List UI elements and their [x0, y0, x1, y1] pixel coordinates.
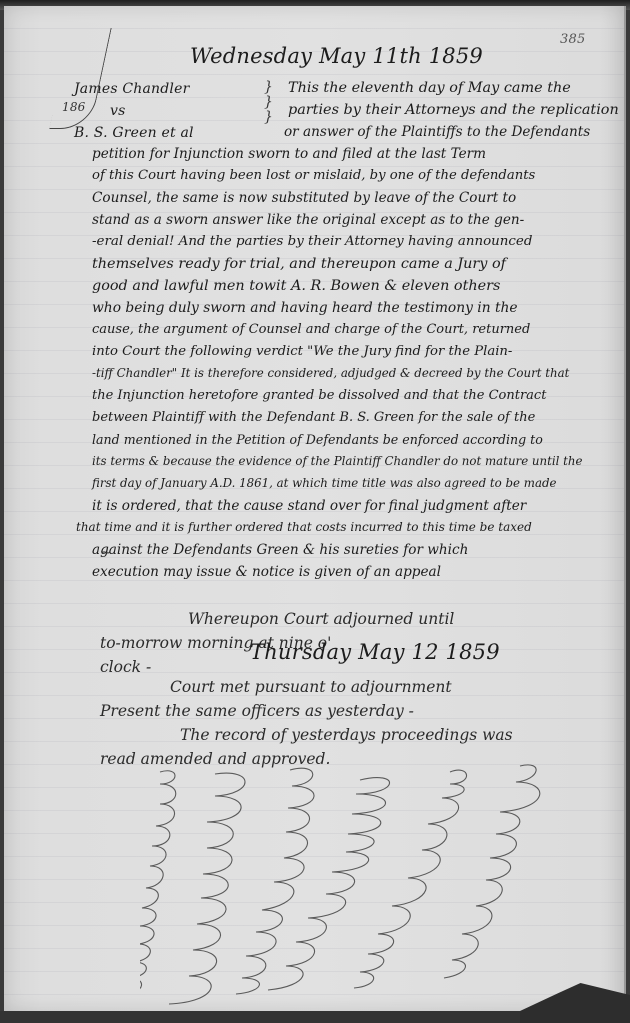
- text-line: its terms & because the evidence of the …: [92, 454, 582, 468]
- text-line: against the Defendants Green & his suret…: [92, 542, 468, 558]
- text-line: or answer of the Plaintiffs to the Defen…: [284, 124, 590, 140]
- text-line: first day of January A.D. 1861, at which…: [92, 476, 557, 490]
- text-line: Counsel, the same is now substituted by …: [92, 190, 516, 206]
- defendant-name: B. S. Green et al: [74, 122, 194, 144]
- versus-label: vs: [74, 100, 194, 122]
- text-line: Present the same officers as yesterday -: [100, 702, 414, 720]
- text-line: of this Court having been lost or mislai…: [92, 168, 535, 183]
- text-line: land mentioned in the Petition of Defend…: [92, 432, 543, 447]
- page-number: 385: [560, 32, 585, 47]
- text-line: it is ordered, that the cause stand over…: [92, 498, 526, 514]
- date-heading-thursday: Thursday May 12 1859: [250, 640, 500, 664]
- closing-mark: ~: [100, 545, 112, 561]
- text-line: the Injunction heretofore granted be dis…: [92, 388, 546, 403]
- text-line: This the eleventh day of May came the: [288, 80, 571, 96]
- text-line: good and lawful men towit A. R. Bowen & …: [92, 278, 500, 294]
- text-line: parties by their Attorneys and the repli…: [288, 102, 619, 118]
- adjournment-line: Whereupon Court adjourned until: [188, 610, 454, 628]
- text-line: The record of yesterdays proceedings was: [180, 726, 513, 744]
- text-line: between Plaintiff with the Defendant B. …: [92, 410, 535, 425]
- scribble-column-5: [354, 770, 467, 988]
- scribble-column-1: [140, 771, 176, 994]
- case-caption: James Chandler vs B. S. Green et al: [74, 78, 194, 144]
- text-line: Court met pursuant to adjournment: [170, 678, 452, 696]
- plaintiff-name: James Chandler: [74, 81, 189, 97]
- text-line: that time and it is further ordered that…: [76, 520, 532, 534]
- docket-number: 186: [62, 100, 86, 114]
- text-line: execution may issue & notice is given of…: [92, 564, 441, 580]
- adjournment-line: clock -: [100, 658, 151, 676]
- cancellation-scribble-marks: [140, 760, 560, 1005]
- text-line: into Court the following verdict "We the…: [92, 344, 512, 359]
- text-line: -tiff Chandler" It is therefore consider…: [92, 366, 569, 380]
- text-line: who being duly sworn and having heard th…: [92, 300, 518, 316]
- scanned-document: 385 Wednesday May 11th 1859 James Chandl…: [0, 0, 630, 1023]
- scribble-column-2: [169, 773, 245, 1004]
- text-line: -eral denial! And the parties by their A…: [92, 234, 532, 249]
- scribble-column-3: [236, 768, 314, 994]
- text-line: petition for Injunction sworn to and fil…: [92, 146, 486, 162]
- text-line: cause, the argument of Counsel and charg…: [92, 322, 530, 337]
- date-heading-wednesday: Wednesday May 11th 1859: [190, 44, 483, 68]
- scribble-column-6: [444, 765, 540, 978]
- text-line: stand as a sworn answer like the origina…: [92, 212, 524, 228]
- text-line: themselves ready for trial, and thereupo…: [92, 256, 506, 272]
- curly-brace-icon: }}}: [264, 80, 273, 125]
